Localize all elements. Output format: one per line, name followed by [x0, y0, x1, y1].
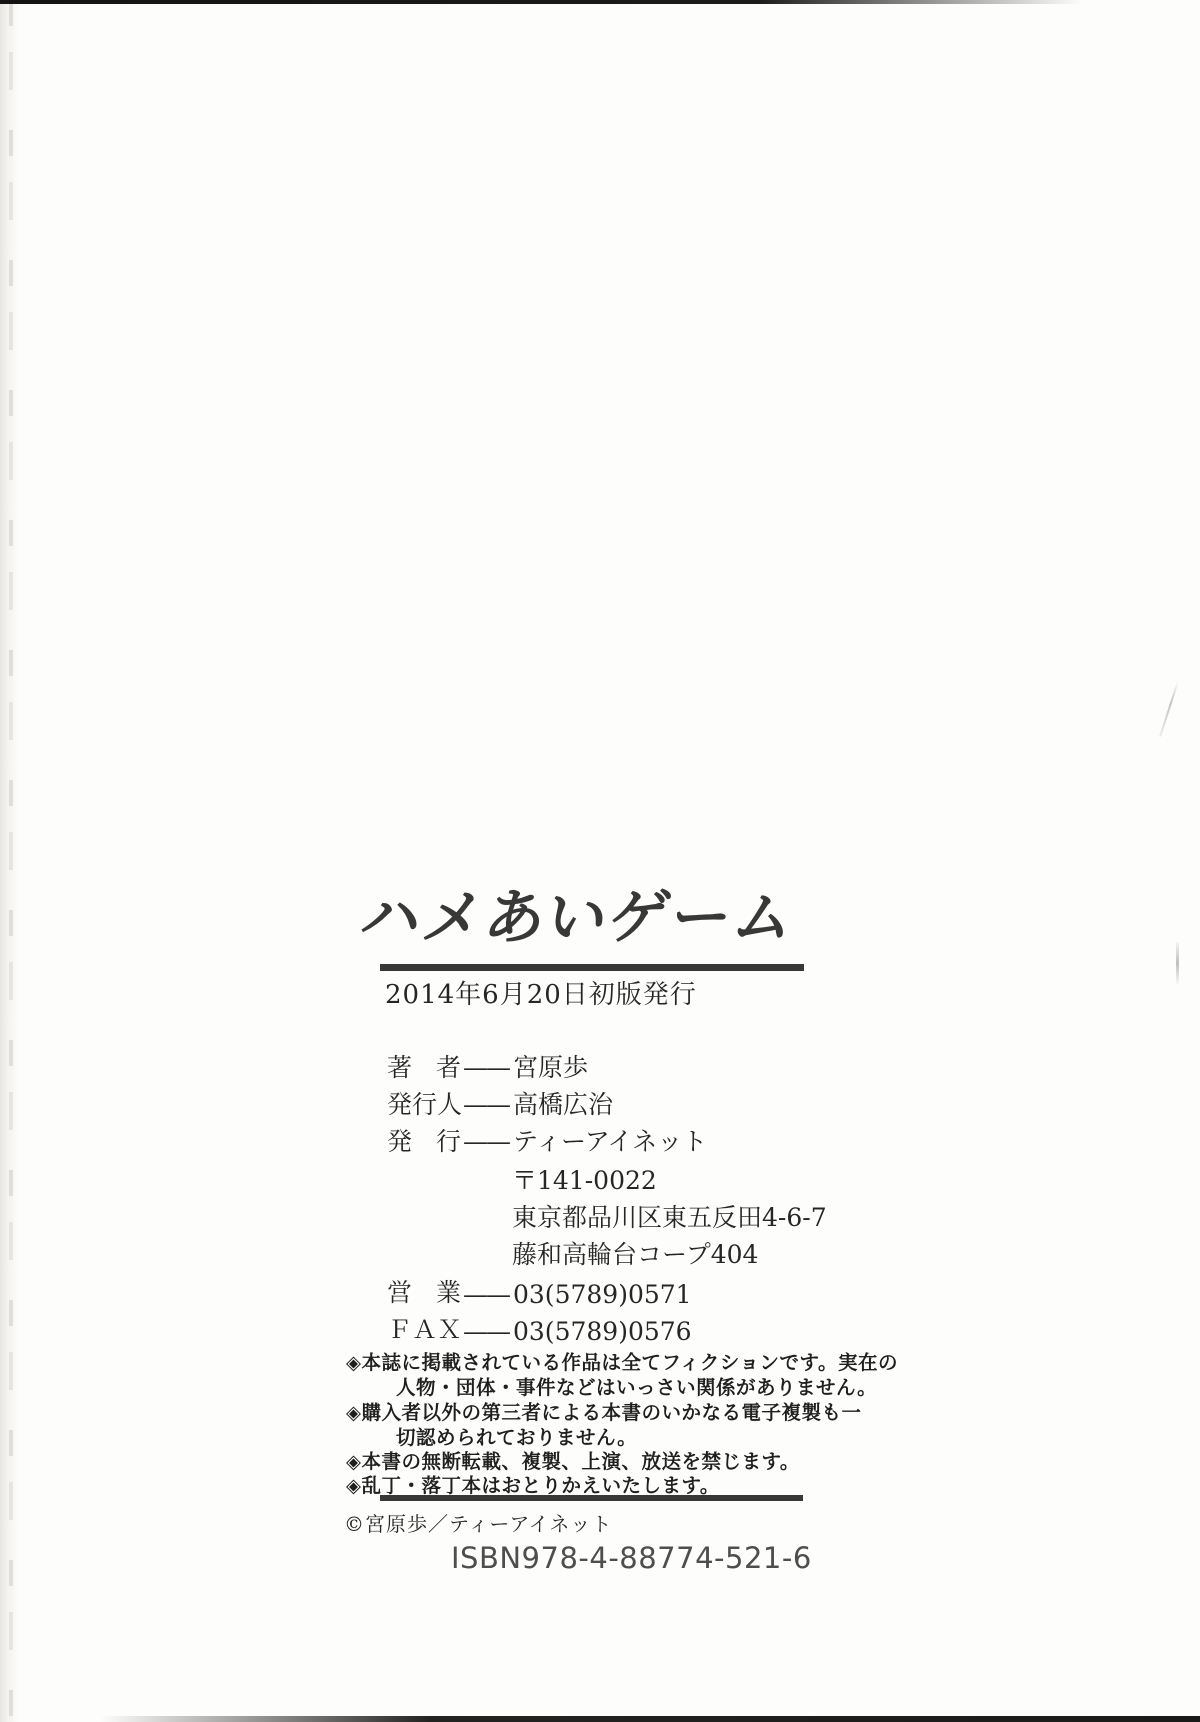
title-divider-rule [380, 964, 804, 971]
copyright-line: ©宮原歩／ティーアイネット [344, 1508, 612, 1537]
leader-dash: —— [463, 1317, 509, 1346]
leader-dash: —— [463, 1127, 509, 1156]
credit-label: 著者 [387, 1048, 461, 1084]
credit-row-publisher-person: 発行人——高橋広治 [387, 1085, 613, 1121]
leader-dash: —— [463, 1053, 509, 1082]
contact-row-sales-phone: 営業——03(5789)0571 [387, 1273, 692, 1309]
contact-label: 営業 [387, 1273, 461, 1309]
credit-row-publisher-company: 発行——ティーアイネット [387, 1122, 707, 1158]
postal-code: 〒141-0022 [512, 1161, 657, 1197]
credit-label: 発行 [387, 1122, 461, 1158]
footer-divider-rule [380, 1495, 803, 1501]
credit-value: ティーアイネット [513, 1127, 707, 1156]
notice-line: ◈本誌に掲載されている作品は全てフィクションです。実在の [346, 1347, 898, 1375]
notice-line: ◈購入者以外の第三者による本書のいかなる電子複製も一 [346, 1397, 862, 1425]
contact-value: 03(5789)0571 [513, 1280, 692, 1309]
address-line: 東京都品川区東五反田4-6-7 [512, 1198, 827, 1234]
contact-value: 03(5789)0576 [513, 1317, 692, 1346]
colophon-block: ハメあいゲーム 2014年6月20日初版発行 著者——宮原歩 発行人——高橋広治… [0, 0, 1200, 1722]
edition-date: 2014年6月20日初版発行 [385, 974, 697, 1011]
isbn-number: ISBN978-4-88774-521-6 [451, 1541, 812, 1575]
leader-dash: —— [463, 1090, 509, 1119]
leader-dash: —— [463, 1280, 509, 1309]
book-title: ハメあいゲーム [354, 870, 803, 956]
credit-value: 宮原歩 [513, 1053, 588, 1082]
contact-row-fax: ＦＡＸ——03(5789)0576 [387, 1310, 692, 1346]
credit-value: 高橋広治 [513, 1090, 613, 1119]
address-line: 藤和高輪台コープ404 [512, 1235, 758, 1271]
contact-label: ＦＡＸ [387, 1310, 461, 1346]
notice-line-continuation: 人物・団体・事件などはいっさい関係がありません。 [396, 1372, 877, 1400]
credit-label: 発行人 [387, 1085, 461, 1121]
notice-line: ◈乱丁・落丁本はおとりかえいたします。 [346, 1470, 720, 1498]
credit-row-author: 著者——宮原歩 [387, 1048, 588, 1084]
